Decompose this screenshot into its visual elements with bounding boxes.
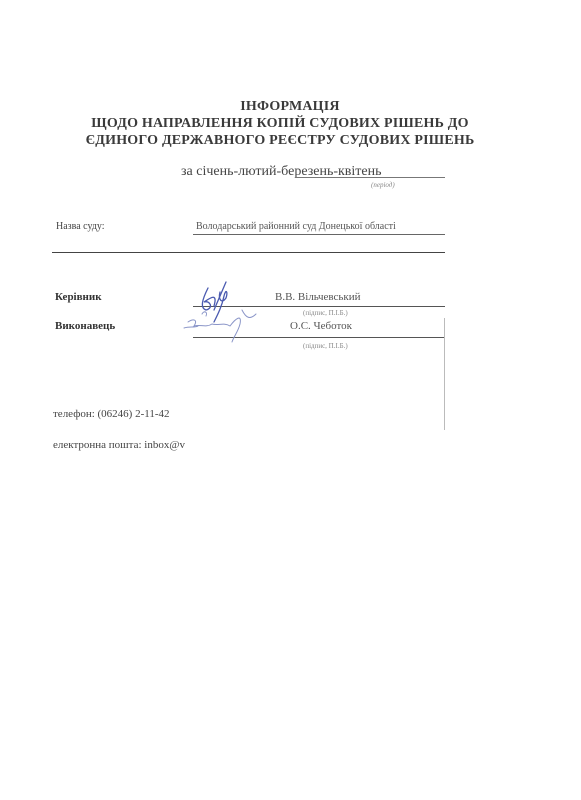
signature-caption-executor: (підпис, П.І.Б.) [303,342,348,350]
document-subtitle-line2: ЄДИНОГО ДЕРЖАВНОГО РЕЄСТРУ СУДОВИХ РІШЕН… [20,133,540,149]
handwritten-signatures [180,270,290,355]
court-underline [193,234,445,235]
document-title: ІНФОРМАЦІЯ [30,99,550,115]
margin-line [444,318,445,430]
period-underline [295,177,445,178]
court-label: Назва суду: [56,221,105,232]
phone-text: телефон: (06246) 2-11-42 [53,408,170,420]
court-name: Володарський районний суд Донецької обла… [196,221,396,232]
signatory-role-executor: Виконавець [55,320,115,332]
section-divider [52,252,445,253]
signatory-name-executor: О.С. Чеботок [290,320,352,332]
period-caption: (період) [371,181,395,189]
document-subtitle-line1: ЩОДО НАПРАВЛЕННЯ КОПІЙ СУДОВИХ РІШЕНЬ ДО [20,116,540,132]
email-text: електронна пошта: inbox@v [53,439,185,451]
signatory-role-head: Керівник [55,291,102,303]
signature-caption-head: (підпис, П.І.Б.) [303,309,348,317]
